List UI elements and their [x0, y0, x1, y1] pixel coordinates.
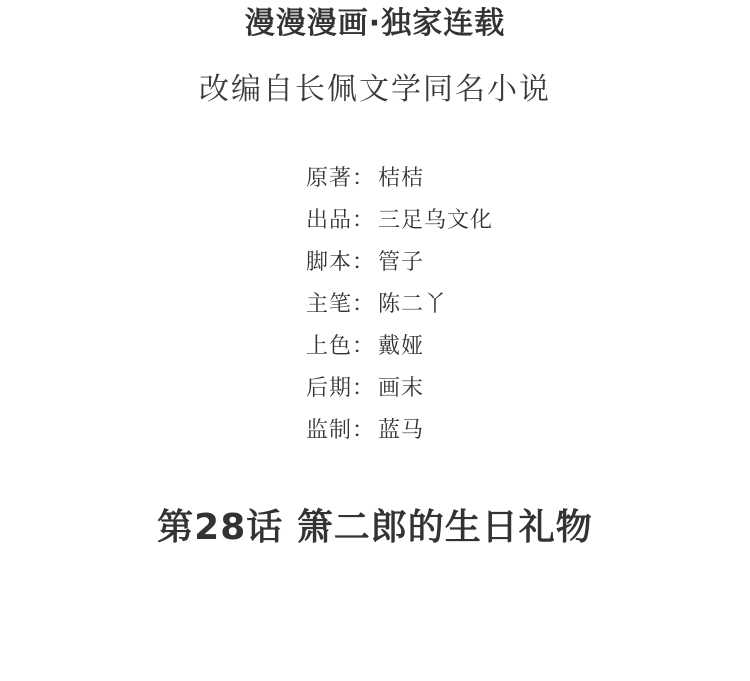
credit-name: 戴娅: [378, 331, 424, 363]
credit-row-lead-artist: 主笔：陈二丫: [306, 289, 606, 331]
credit-role: 上色：: [306, 331, 378, 363]
credit-row-supervisor: 监制：蓝马: [306, 415, 606, 457]
publisher-headline: 漫漫漫画·独家连载: [0, 4, 750, 44]
credit-role: 后期：: [306, 373, 378, 405]
credit-role: 主笔：: [306, 289, 378, 321]
credit-row-producer: 出品：三足乌文化: [306, 205, 606, 247]
credit-name: 陈二丫: [378, 289, 447, 321]
credit-row-script: 脚本：管子: [306, 247, 606, 289]
credit-name: 管子: [378, 247, 424, 279]
credit-row-original-author: 原著：桔桔: [306, 163, 606, 205]
credit-row-colorist: 上色：戴娅: [306, 331, 606, 373]
credit-name: 桔桔: [378, 163, 424, 195]
credit-role: 监制：: [306, 415, 378, 447]
credit-role: 原著：: [306, 163, 378, 195]
credit-role: 脚本：: [306, 247, 378, 279]
credit-row-post-production: 后期：画末: [306, 373, 606, 415]
chapter-title: 第28话 箫二郎的生日礼物: [0, 505, 750, 551]
credit-name: 三足乌文化: [378, 205, 493, 237]
adaptation-subtitle: 改编自长佩文学同名小说: [0, 70, 750, 110]
credit-name: 蓝马: [378, 415, 424, 447]
credit-name: 画末: [378, 373, 424, 405]
credit-role: 出品：: [306, 205, 378, 237]
credits-list: 原著：桔桔 出品：三足乌文化 脚本：管子 主笔：陈二丫 上色：戴娅 后期：画末 …: [306, 163, 606, 457]
